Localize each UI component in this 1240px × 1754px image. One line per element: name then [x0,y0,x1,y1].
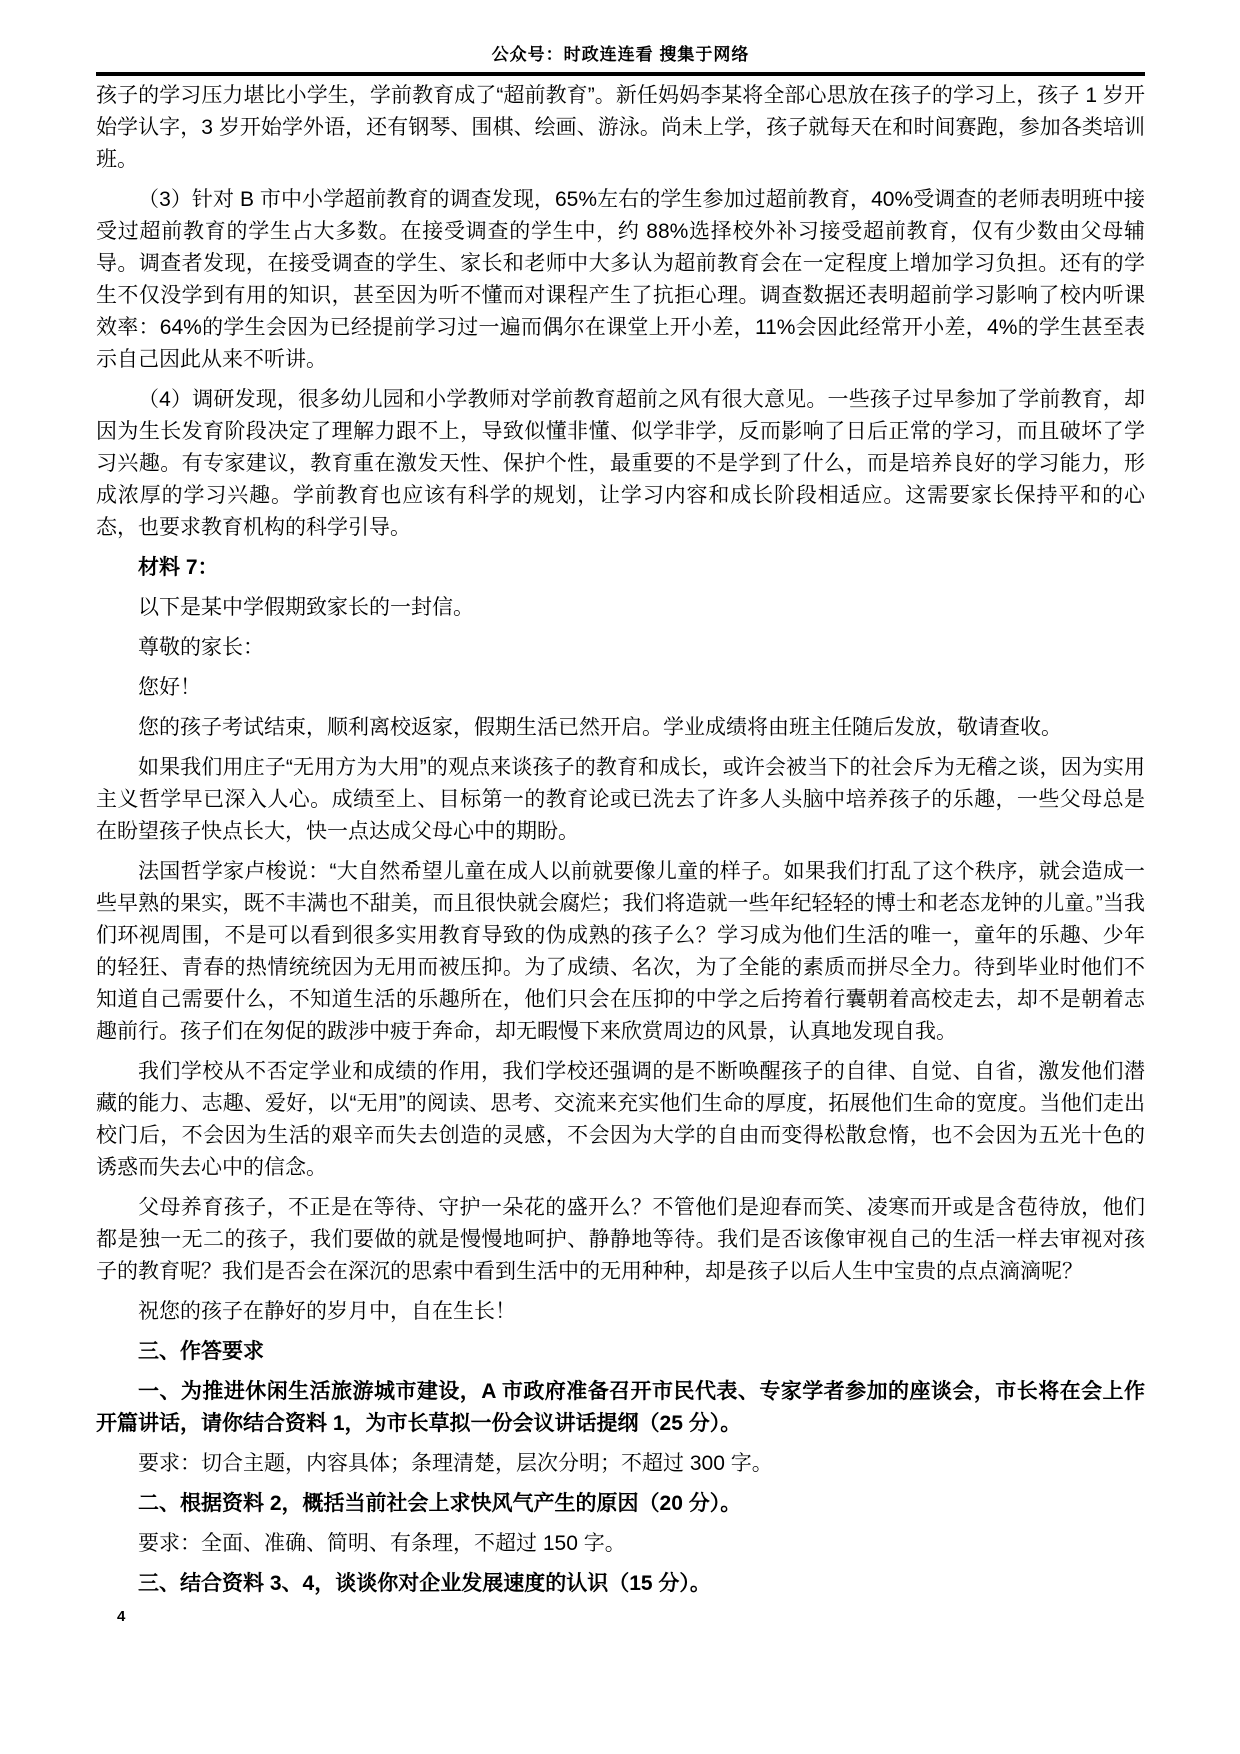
question-1-requirement: 要求：切合主题，内容具体；条理清楚，层次分明；不超过 300 字。 [96,1448,1145,1480]
question-3: 三、结合资料 3、4，谈谈你对企业发展速度的认识（15 分）。 [96,1568,1145,1600]
survey-paragraph-4: （4）调研发现，很多幼儿园和小学教师对学前教育超前之风有很大意见。一些孩子过早参… [96,384,1145,544]
letter-paragraph-1: 您的孩子考试结束，顺利离校返家，假期生活已然开启。学业成绩将由班主任随后发放，敬… [96,712,1145,744]
letter-closing: 祝您的孩子在静好的岁月中，自在生长！ [96,1296,1145,1328]
question-2-requirement: 要求：全面、准确、简明、有条理，不超过 150 字。 [96,1528,1145,1560]
material-7-heading: 材料 7： [96,552,1145,584]
continuation-paragraph: 孩子的学习压力堪比小学生，学前教育成了“超前教育”。新任妈妈李某将全部心思放在孩… [96,80,1145,176]
question-1: 一、为推进休闲生活旅游城市建设，A 市政府准备召开市民代表、专家学者参加的座谈会… [96,1376,1145,1440]
survey-paragraph-3: （3）针对 B 市中小学超前教育的调查发现，65%左右的学生参加过超前教育，40… [96,184,1145,376]
document-body: 孩子的学习压力堪比小学生，学前教育成了“超前教育”。新任妈妈李某将全部心思放在孩… [96,80,1145,1600]
letter-greeting: 您好！ [96,672,1145,704]
document-page: 公众号：时政连连看 搜集于网络 孩子的学习压力堪比小学生，学前教育成了“超前教育… [0,0,1240,1754]
letter-paragraph-3: 法国哲学家卢梭说：“大自然希望儿童在成人以前就要像儿童的样子。如果我们打乱了这个… [96,856,1145,1048]
letter-paragraph-4: 我们学校从不否定学业和成绩的作用，我们学校还强调的是不断唤醒孩子的自律、自觉、自… [96,1056,1145,1184]
answer-requirements-heading: 三、作答要求 [96,1336,1145,1368]
letter-paragraph-2: 如果我们用庄子“无用方为大用”的观点来谈孩子的教育和成长，或许会被当下的社会斥为… [96,752,1145,848]
letter-intro: 以下是某中学假期致家长的一封信。 [96,592,1145,624]
question-2: 二、根据资料 2，概括当前社会上求快风气产生的原因（20 分）。 [96,1488,1145,1520]
header-banner: 公众号：时政连连看 搜集于网络 [96,40,1145,76]
page-number: 4 [96,1608,1145,1625]
letter-salutation: 尊敬的家长： [96,632,1145,664]
letter-paragraph-5: 父母养育孩子，不正是在等待、守护一朵花的盛开么？不管他们是迎春而笑、凌寒而开或是… [96,1192,1145,1288]
